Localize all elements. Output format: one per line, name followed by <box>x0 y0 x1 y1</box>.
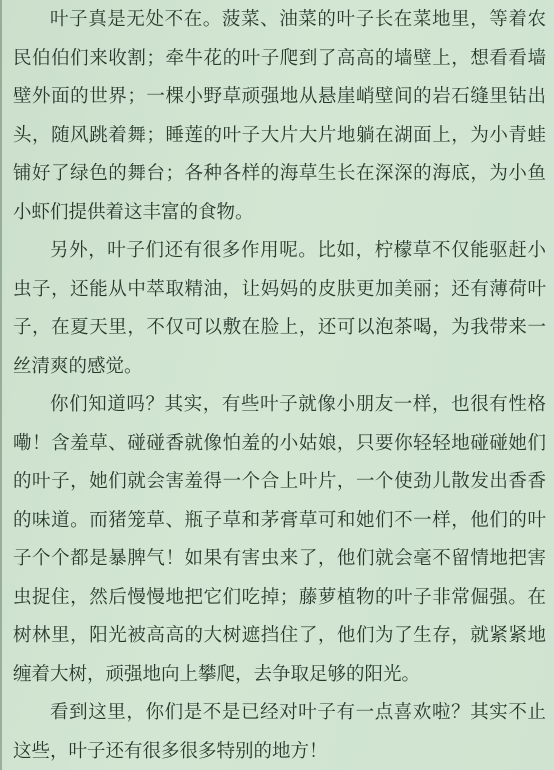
paragraph-leaf-personalities: 你们知道吗？其实，有些叶子就像小朋友一样，也很有性格嘞！含羞草、碰碰香就像怕羞的… <box>13 386 546 694</box>
paragraph-leaves-everywhere: 叶子真是无处不在。菠菜、油菜的叶子长在菜地里，等着农民伯伯们来收割；牵牛花的叶子… <box>13 1 546 232</box>
document-background: { "page": { "background_color": "#cfe3d0… <box>0 0 554 770</box>
document-page: 叶子真是无处不在。菠菜、油菜的叶子长在菜地里，等着农民伯伯们来收割；牵牛花的叶子… <box>0 0 554 770</box>
paragraph-leaf-uses: 另外，叶子们还有很多作用呢。比如，柠檬草不仅能驱赶小虫子，还能从中萃取精油，让妈… <box>13 232 546 386</box>
paragraph-closing: 看到这里，你们是不是已经对叶子有一点喜欢啦？其实不止这些，叶子还有很多很多特别的… <box>13 694 546 770</box>
